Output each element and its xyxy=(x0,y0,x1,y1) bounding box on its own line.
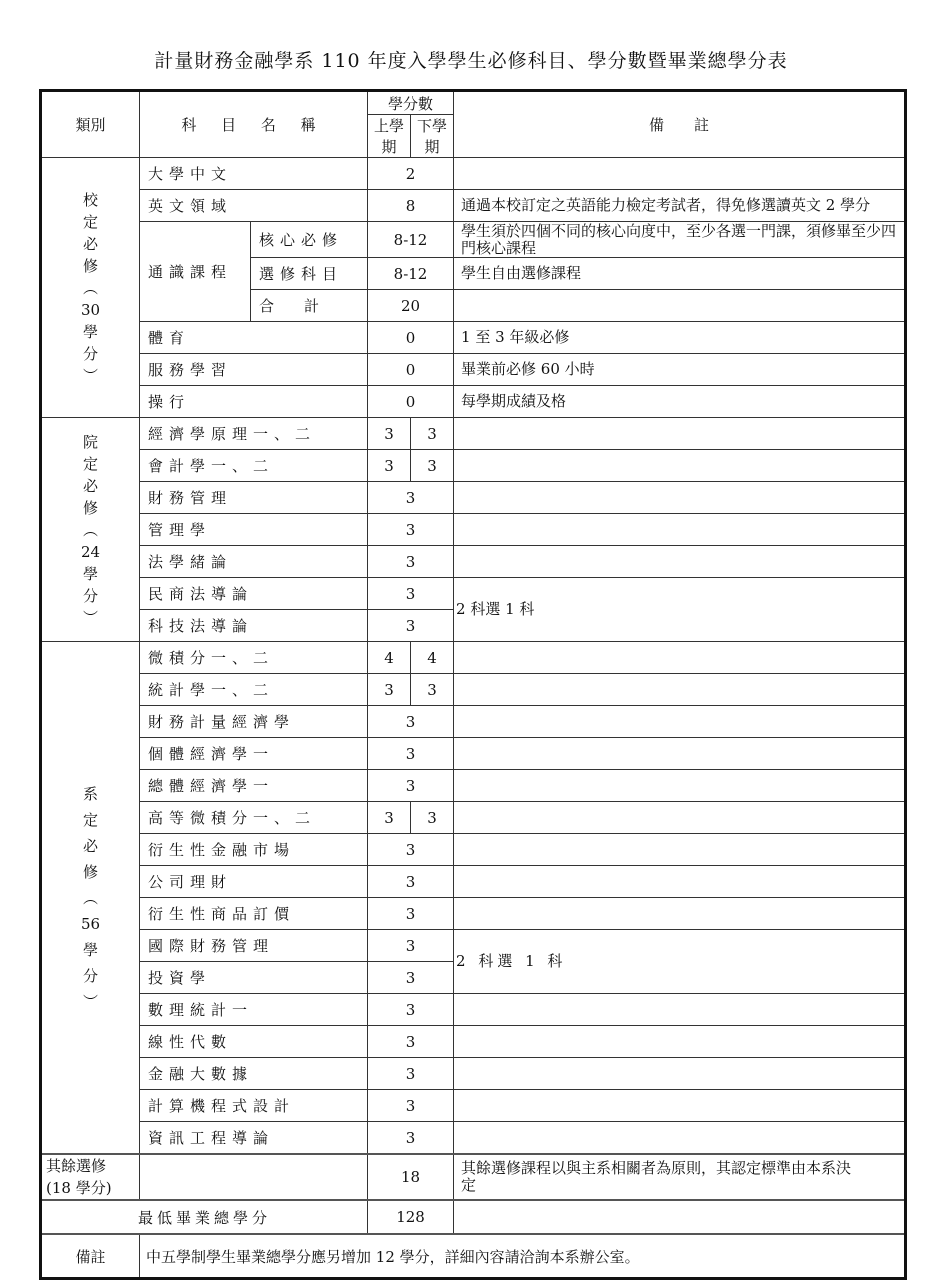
course-note xyxy=(454,418,906,450)
course-credits: 3 xyxy=(368,866,454,898)
course-name: 財務計量經濟學 xyxy=(140,706,368,738)
category-school-required: 校 定 必 修 ︵ 30 學 分 ︶ xyxy=(41,158,140,418)
category-char: ︵ xyxy=(42,519,139,541)
category-char: 必 xyxy=(42,475,139,497)
course-name: 選修科目 xyxy=(251,258,368,290)
course-credits-first: 3 xyxy=(368,674,411,706)
category-char: ︶ xyxy=(42,365,139,387)
course-note xyxy=(454,802,906,834)
category-char: 必 xyxy=(42,233,139,255)
table-row: 法學緒論 3 xyxy=(41,546,906,578)
table-row: 院 定 必 修 ︵ 24 學 分 ︶ 經濟學原理一、二 3 3 xyxy=(41,418,906,450)
course-credits-second: 3 xyxy=(411,418,454,450)
table-header-row: 類別 科 目 名 稱 學分數 備 註 xyxy=(41,91,906,115)
minimum-total-label: 最低畢業總學分 xyxy=(41,1200,368,1234)
table-row: 英文領域 8 通過本校訂定之英語能力檢定考試者，得免修選讀英文 2 學分 xyxy=(41,190,906,222)
course-note xyxy=(454,450,906,482)
table-row: 金融大數據 3 xyxy=(41,1058,906,1090)
course-name: 民商法導論 xyxy=(140,578,368,610)
course-name: 英文領域 xyxy=(140,190,368,222)
header-second-semester: 下學期 xyxy=(411,115,454,158)
category-char: ︵ xyxy=(42,277,139,299)
course-credits: 3 xyxy=(368,482,454,514)
category-char: 必 xyxy=(42,833,139,859)
course-note: 畢業前必修 60 小時 xyxy=(454,354,906,386)
course-name: 統計學一、二 xyxy=(140,674,368,706)
table-row: 國際財務管理 3 2 科選 1 科 xyxy=(41,930,906,962)
course-credits: 3 xyxy=(368,706,454,738)
table-row: 總體經濟學一 3 xyxy=(41,770,906,802)
course-credits: 3 xyxy=(368,834,454,866)
course-note xyxy=(454,158,906,190)
category-char: 修 xyxy=(42,255,139,277)
header-remarks: 備 註 xyxy=(454,91,906,158)
course-credits: 20 xyxy=(368,290,454,322)
course-credits: 3 xyxy=(368,578,454,610)
course-credits-first: 3 xyxy=(368,418,411,450)
table-row: 財務計量經濟學 3 xyxy=(41,706,906,738)
course-name: 經濟學原理一、二 xyxy=(140,418,368,450)
course-name: 財務管理 xyxy=(140,482,368,514)
category-char: 定 xyxy=(42,807,139,833)
table-row: 統計學一、二 3 3 xyxy=(41,674,906,706)
course-note xyxy=(454,994,906,1026)
course-credits: 8-12 xyxy=(368,222,454,258)
course-note: 每學期成績及格 xyxy=(454,386,906,418)
course-note xyxy=(454,1122,906,1155)
table-row: 服務學習 0 畢業前必修 60 小時 xyxy=(41,354,906,386)
course-name: 數理統計一 xyxy=(140,994,368,1026)
category-char: 24 xyxy=(42,541,139,563)
course-note xyxy=(454,866,906,898)
category-department-required: 系 定 必 修 ︵ 56 學 分 ︶ xyxy=(41,642,140,1155)
course-note: 通過本校訂定之英語能力檢定考試者，得免修選讀英文 2 學分 xyxy=(454,190,906,222)
pick-one-note: 2 科選 1 科 xyxy=(454,930,906,994)
course-note xyxy=(454,1026,906,1058)
header-category: 類別 xyxy=(41,91,140,158)
minimum-total-credits: 128 xyxy=(368,1200,454,1234)
course-name: 總體經濟學一 xyxy=(140,770,368,802)
course-name: 微積分一、二 xyxy=(140,642,368,674)
course-credits: 3 xyxy=(368,738,454,770)
course-credits: 3 xyxy=(368,1058,454,1090)
course-name: 體育 xyxy=(140,322,368,354)
course-note xyxy=(454,706,906,738)
page-title: 計量財務金融學系 110 年度入學學生必修科目、學分數暨畢業總學分表 xyxy=(0,46,942,73)
course-name: 法學緒論 xyxy=(140,546,368,578)
course-name: 會計學一、二 xyxy=(140,450,368,482)
course-note: 學生自由選修課程 xyxy=(454,258,906,290)
course-name: 大學中文 xyxy=(140,158,368,190)
course-name: 高等微積分一、二 xyxy=(140,802,368,834)
table-row: 校 定 必 修 ︵ 30 學 分 ︶ 大學中文 2 xyxy=(41,158,906,190)
table-row: 衍生性商品訂價 3 xyxy=(41,898,906,930)
table-row: 財務管理 3 xyxy=(41,482,906,514)
course-credits-second: 4 xyxy=(411,642,454,674)
course-credits: 0 xyxy=(368,322,454,354)
category-char: 修 xyxy=(42,497,139,519)
category-char: 修 xyxy=(42,859,139,885)
table-row: 系 定 必 修 ︵ 56 學 分 ︶ 微積分一、二 4 4 xyxy=(41,642,906,674)
course-note xyxy=(454,738,906,770)
course-credits-second: 3 xyxy=(411,450,454,482)
course-note xyxy=(454,674,906,706)
category-char: 學 xyxy=(42,937,139,963)
course-credits: 0 xyxy=(368,354,454,386)
table-row: 公司理財 3 xyxy=(41,866,906,898)
course-note: 學生須於四個不同的核心向度中，至少各選一門課，須修畢至少四門核心課程 xyxy=(454,222,906,258)
category-char: 分 xyxy=(42,963,139,989)
category-char: 56 xyxy=(42,911,139,937)
course-credits: 3 xyxy=(368,930,454,962)
course-credits-first: 4 xyxy=(368,642,411,674)
category-char: ︶ xyxy=(42,607,139,629)
group-general-education: 通識課程 xyxy=(140,222,251,322)
minimum-total-note xyxy=(454,1200,906,1234)
electives-note: 其餘選修課程以與主系相關者為原則，其認定標準由本系決定 xyxy=(454,1154,906,1200)
header-first-semester: 上學期 xyxy=(368,115,411,158)
course-credits: 2 xyxy=(368,158,454,190)
category-college-required: 院 定 必 修 ︵ 24 學 分 ︶ xyxy=(41,418,140,642)
course-name: 計算機程式設計 xyxy=(140,1090,368,1122)
pick-one-note: 2 科選 1 科 xyxy=(454,578,906,642)
table-row: 計算機程式設計 3 xyxy=(41,1090,906,1122)
course-name: 科技法導論 xyxy=(140,610,368,642)
table-row: 個體經濟學一 3 xyxy=(41,738,906,770)
course-credits: 3 xyxy=(368,1122,454,1155)
course-name: 線性代數 xyxy=(140,1026,368,1058)
table-row: 數理統計一 3 xyxy=(41,994,906,1026)
category-char: 學 xyxy=(42,563,139,585)
course-note xyxy=(454,770,906,802)
course-credits: 3 xyxy=(368,1090,454,1122)
course-credits: 3 xyxy=(368,1026,454,1058)
course-note xyxy=(454,546,906,578)
course-note xyxy=(454,898,906,930)
category-char: 學 xyxy=(42,321,139,343)
table-row-electives: 其餘選修 (18 學分) 18 其餘選修課程以與主系相關者為原則，其認定標準由本… xyxy=(41,1154,906,1200)
course-credits: 3 xyxy=(368,514,454,546)
course-name: 衍生性金融市場 xyxy=(140,834,368,866)
course-credits: 8-12 xyxy=(368,258,454,290)
course-note xyxy=(454,514,906,546)
course-note: 1 至 3 年級必修 xyxy=(454,322,906,354)
table-row: 線性代數 3 xyxy=(41,1026,906,1058)
curriculum-table: 類別 科 目 名 稱 學分數 備 註 上學期 下學期 校 定 必 修 ︵ 30 … xyxy=(39,89,907,1280)
header-course-name: 科 目 名 稱 xyxy=(140,91,368,158)
remark-label: 備註 xyxy=(41,1234,140,1279)
course-name: 核心必修 xyxy=(251,222,368,258)
course-name: 操行 xyxy=(140,386,368,418)
course-name: 資訊工程導論 xyxy=(140,1122,368,1155)
course-credits: 3 xyxy=(368,770,454,802)
electives-course-name xyxy=(140,1154,368,1200)
course-note xyxy=(454,1058,906,1090)
category-char: 30 xyxy=(42,299,139,321)
table-row: 操行 0 每學期成績及格 xyxy=(41,386,906,418)
category-char: 定 xyxy=(42,453,139,475)
course-name: 個體經濟學一 xyxy=(140,738,368,770)
table-row: 民商法導論 3 2 科選 1 科 xyxy=(41,578,906,610)
course-credits: 3 xyxy=(368,898,454,930)
course-name: 投資學 xyxy=(140,962,368,994)
header-credits: 學分數 xyxy=(368,91,454,115)
category-char: 校 xyxy=(42,189,139,211)
course-note xyxy=(454,1090,906,1122)
course-credits-second: 3 xyxy=(411,802,454,834)
category-char: 分 xyxy=(42,343,139,365)
course-credits-first: 3 xyxy=(368,450,411,482)
table-row-remark: 備註 中五學制學生畢業總學分應另增加 12 學分，詳細內容請洽詢本系辦公室。 xyxy=(41,1234,906,1279)
electives-credits: 18 xyxy=(368,1154,454,1200)
course-name: 服務學習 xyxy=(140,354,368,386)
electives-credits-label: (18 學分) xyxy=(46,1177,139,1199)
table-row: 體育 0 1 至 3 年級必修 xyxy=(41,322,906,354)
course-credits: 0 xyxy=(368,386,454,418)
table-row: 管理學 3 xyxy=(41,514,906,546)
course-name: 公司理財 xyxy=(140,866,368,898)
category-char: ︵ xyxy=(42,885,139,911)
table-row: 通識課程 核心必修 8-12 學生須於四個不同的核心向度中，至少各選一門課，須修… xyxy=(41,222,906,258)
course-name: 衍生性商品訂價 xyxy=(140,898,368,930)
course-credits: 3 xyxy=(368,962,454,994)
category-other-electives: 其餘選修 (18 學分) xyxy=(41,1154,140,1200)
course-name-subtotal: 合 計 xyxy=(251,290,368,322)
course-credits: 3 xyxy=(368,610,454,642)
course-credits: 3 xyxy=(368,546,454,578)
course-note xyxy=(454,834,906,866)
course-note xyxy=(454,482,906,514)
category-char: 院 xyxy=(42,431,139,453)
table-row: 會計學一、二 3 3 xyxy=(41,450,906,482)
course-credits-second: 3 xyxy=(411,674,454,706)
course-note xyxy=(454,642,906,674)
course-credits-first: 3 xyxy=(368,802,411,834)
table-row: 資訊工程導論 3 xyxy=(41,1122,906,1155)
course-name: 國際財務管理 xyxy=(140,930,368,962)
course-credits: 8 xyxy=(368,190,454,222)
course-credits: 3 xyxy=(368,994,454,1026)
course-name: 金融大數據 xyxy=(140,1058,368,1090)
category-char: 系 xyxy=(42,781,139,807)
table-row-minimum-total: 最低畢業總學分 128 xyxy=(41,1200,906,1234)
table-row: 衍生性金融市場 3 xyxy=(41,834,906,866)
course-name: 管理學 xyxy=(140,514,368,546)
category-char: ︶ xyxy=(42,989,139,1015)
category-char: 分 xyxy=(42,585,139,607)
table-row: 高等微積分一、二 3 3 xyxy=(41,802,906,834)
electives-label: 其餘選修 xyxy=(46,1155,139,1177)
remark-text: 中五學制學生畢業總學分應另增加 12 學分，詳細內容請洽詢本系辦公室。 xyxy=(140,1234,906,1279)
category-char: 定 xyxy=(42,211,139,233)
course-note xyxy=(454,290,906,322)
